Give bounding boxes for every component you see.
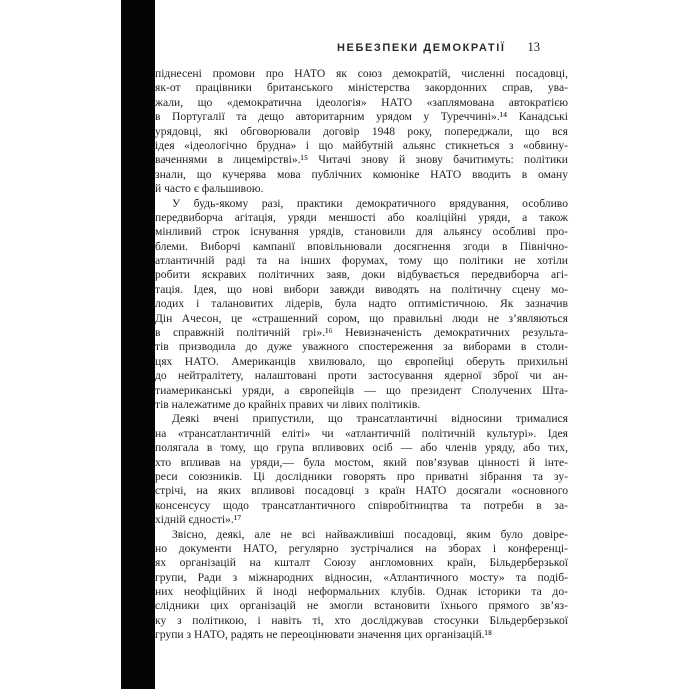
text-line: й часто є фальшивою. — [155, 182, 568, 196]
text-line: стрічі, на яких впливові посадовці з кра… — [155, 484, 568, 498]
text-line: атлантичній раді та на інших форумах, то… — [155, 254, 568, 268]
text-line: передвиборча агітація, уряди меншості аб… — [155, 211, 568, 225]
text-line: них неофіційних й іноді неформальних клу… — [155, 585, 568, 599]
text-line: тиамериканські уряди, а європейців — що … — [155, 384, 568, 398]
text-block: піднесені промови про НАТО як союз демок… — [155, 67, 568, 643]
text-line: цях НАТО. Американців хвилювало, що євро… — [155, 355, 568, 369]
page-number: 13 — [528, 40, 541, 55]
text-line: піднесені промови про НАТО як союз демок… — [155, 67, 568, 81]
spine-shadow-bar — [121, 0, 155, 689]
text-line: хто впливав на уряди,— була мостом, який… — [155, 456, 568, 470]
text-line: в справжній політичній грі».¹⁶ Невизначе… — [155, 326, 568, 340]
text-line: тів належатиме до крайніх правих чи ліви… — [155, 398, 568, 412]
text-line: слідники цих організацій не змогли встан… — [155, 599, 568, 613]
text-line: но документи НАТО, регулярно зустрічалис… — [155, 542, 568, 556]
text-line: до нейтралітету, налаштовані проти засто… — [155, 369, 568, 383]
text-line: жали, що «демократична ідеологія» НАТО «… — [155, 96, 568, 110]
text-line: в Португалії та дещо авторитарним урядом… — [155, 110, 568, 124]
text-line: Дін Ачесон, це «страшенний сором, що пра… — [155, 312, 568, 326]
text-line: полягала в тому, що група впливових осіб… — [155, 441, 568, 455]
text-line: знали, що кучерява мова публічних комюні… — [155, 168, 568, 182]
text-line: на «трансатлантичній еліті» чи «атлантич… — [155, 427, 568, 441]
text-line: консенсусу щодо трансатлантичного співро… — [155, 499, 568, 513]
text-line: робити яскравих політичних заяв, доки ві… — [155, 268, 568, 282]
text-line: мінливий строк існування урядів, станови… — [155, 225, 568, 239]
text-line: ваченнями в лицемірстві».¹⁵ Читачі знову… — [155, 153, 568, 167]
text-line: урядовці, які обговорювали договір 1948 … — [155, 125, 568, 139]
chapter-header-title: НЕБЕЗПЕКИ ДЕМОКРАТІЇ — [337, 42, 506, 54]
text-line: тів призводила до дуже уважного спостере… — [155, 340, 568, 354]
text-line: тація. Ідея, що нові вибори завжди вивод… — [155, 283, 568, 297]
text-line: реси союзників. Ці дослідники говорять п… — [155, 470, 568, 484]
text-line: групи, Ради з міжнародних відносин, «Атл… — [155, 571, 568, 585]
text-line: Звісно, деякі, але не всі найважливіші п… — [155, 528, 568, 542]
text-line: ку з політикою, і навіть ті, хто дослідж… — [155, 614, 568, 628]
text-line: ях організацій на кшталт Союзу англомовн… — [155, 556, 568, 570]
text-line: блеми. Виборчі кампанії вповільнювали до… — [155, 240, 568, 254]
text-line: Деякі вчені припустили, що трансатлантич… — [155, 412, 568, 426]
text-line: хідній єдності».¹⁷ — [155, 513, 568, 527]
text-line: лодих і талановитих лідерів, була надто … — [155, 297, 568, 311]
text-line: як-от працівники британського міністерст… — [155, 81, 568, 95]
text-line: групи з НАТО, радять не переоцінювати зн… — [155, 628, 568, 642]
running-header: НЕБЕЗПЕКИ ДЕМОКРАТІЇ 13 — [155, 40, 540, 55]
text-line: ідея «ідеологічно брудна» і що майбутній… — [155, 139, 568, 153]
text-line: У будь-якому разі, практики демократично… — [155, 197, 568, 211]
book-page: НЕБЕЗПЕКИ ДЕМОКРАТІЇ 13 піднесені промов… — [0, 0, 700, 700]
